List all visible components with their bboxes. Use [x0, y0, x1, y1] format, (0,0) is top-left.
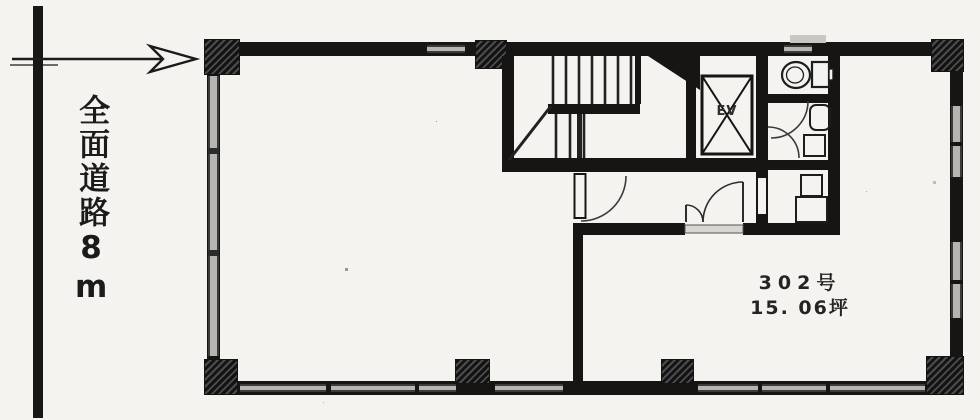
pillar-bottom-right [927, 357, 963, 394]
road-boundary-line [33, 6, 43, 418]
window-bottom [419, 384, 456, 392]
window-bottom [240, 384, 326, 392]
window-bottom [762, 384, 826, 392]
pillar-top-left [205, 40, 239, 74]
window-mullion [208, 250, 219, 256]
stair-wall-west [502, 56, 514, 172]
window-bottom [331, 384, 415, 392]
utility-door-opening [758, 178, 766, 214]
pillar-bottom-mid2 [662, 360, 693, 383]
toilet-icon [782, 62, 833, 88]
pillar-bottom-mid1 [456, 360, 489, 383]
door-double-entrance [685, 182, 743, 233]
window-right [951, 242, 962, 280]
window-right [951, 146, 962, 177]
window-top [784, 45, 812, 53]
window-right [951, 284, 962, 318]
unit-number-label: 302号 [718, 268, 882, 295]
window-bottom [495, 384, 563, 392]
ev-shaft-wall-west [686, 56, 696, 158]
scan-speckle [345, 268, 348, 271]
core-wall-south-left [573, 223, 685, 235]
window-left-facade [208, 76, 219, 356]
window-top [427, 45, 465, 53]
hand-basin-icon [768, 127, 825, 158]
room-divider-wall [573, 223, 583, 381]
wash-basin-icon [771, 101, 830, 138]
washroom-partition-1 [764, 94, 828, 103]
window-bottom [830, 384, 925, 392]
wall-top [207, 42, 963, 56]
elevator-label: EV [702, 104, 752, 119]
stair-mid-landing-wall [548, 104, 640, 114]
door-stair-hall [575, 174, 627, 221]
window-bottom [698, 384, 758, 392]
pillar-top-right [932, 40, 963, 71]
window-right [951, 106, 962, 142]
stair-wall-east [635, 56, 641, 104]
washroom-partition-2 [764, 160, 828, 170]
window-mullion [208, 148, 219, 154]
vent-tab [790, 35, 826, 43]
stair-wall-south [502, 158, 768, 172]
washroom-wall-east [828, 42, 840, 235]
front-road-label: 全面道路8m [74, 94, 108, 339]
wall-right [950, 42, 963, 395]
unit-area-label: 15. 06坪 [706, 293, 894, 320]
pillar-bottom-left [205, 360, 237, 394]
sink-counter-icon [796, 175, 827, 222]
core-wall-south-right [743, 223, 840, 235]
floor-plan-canvas: 全面道路8m [0, 0, 980, 420]
